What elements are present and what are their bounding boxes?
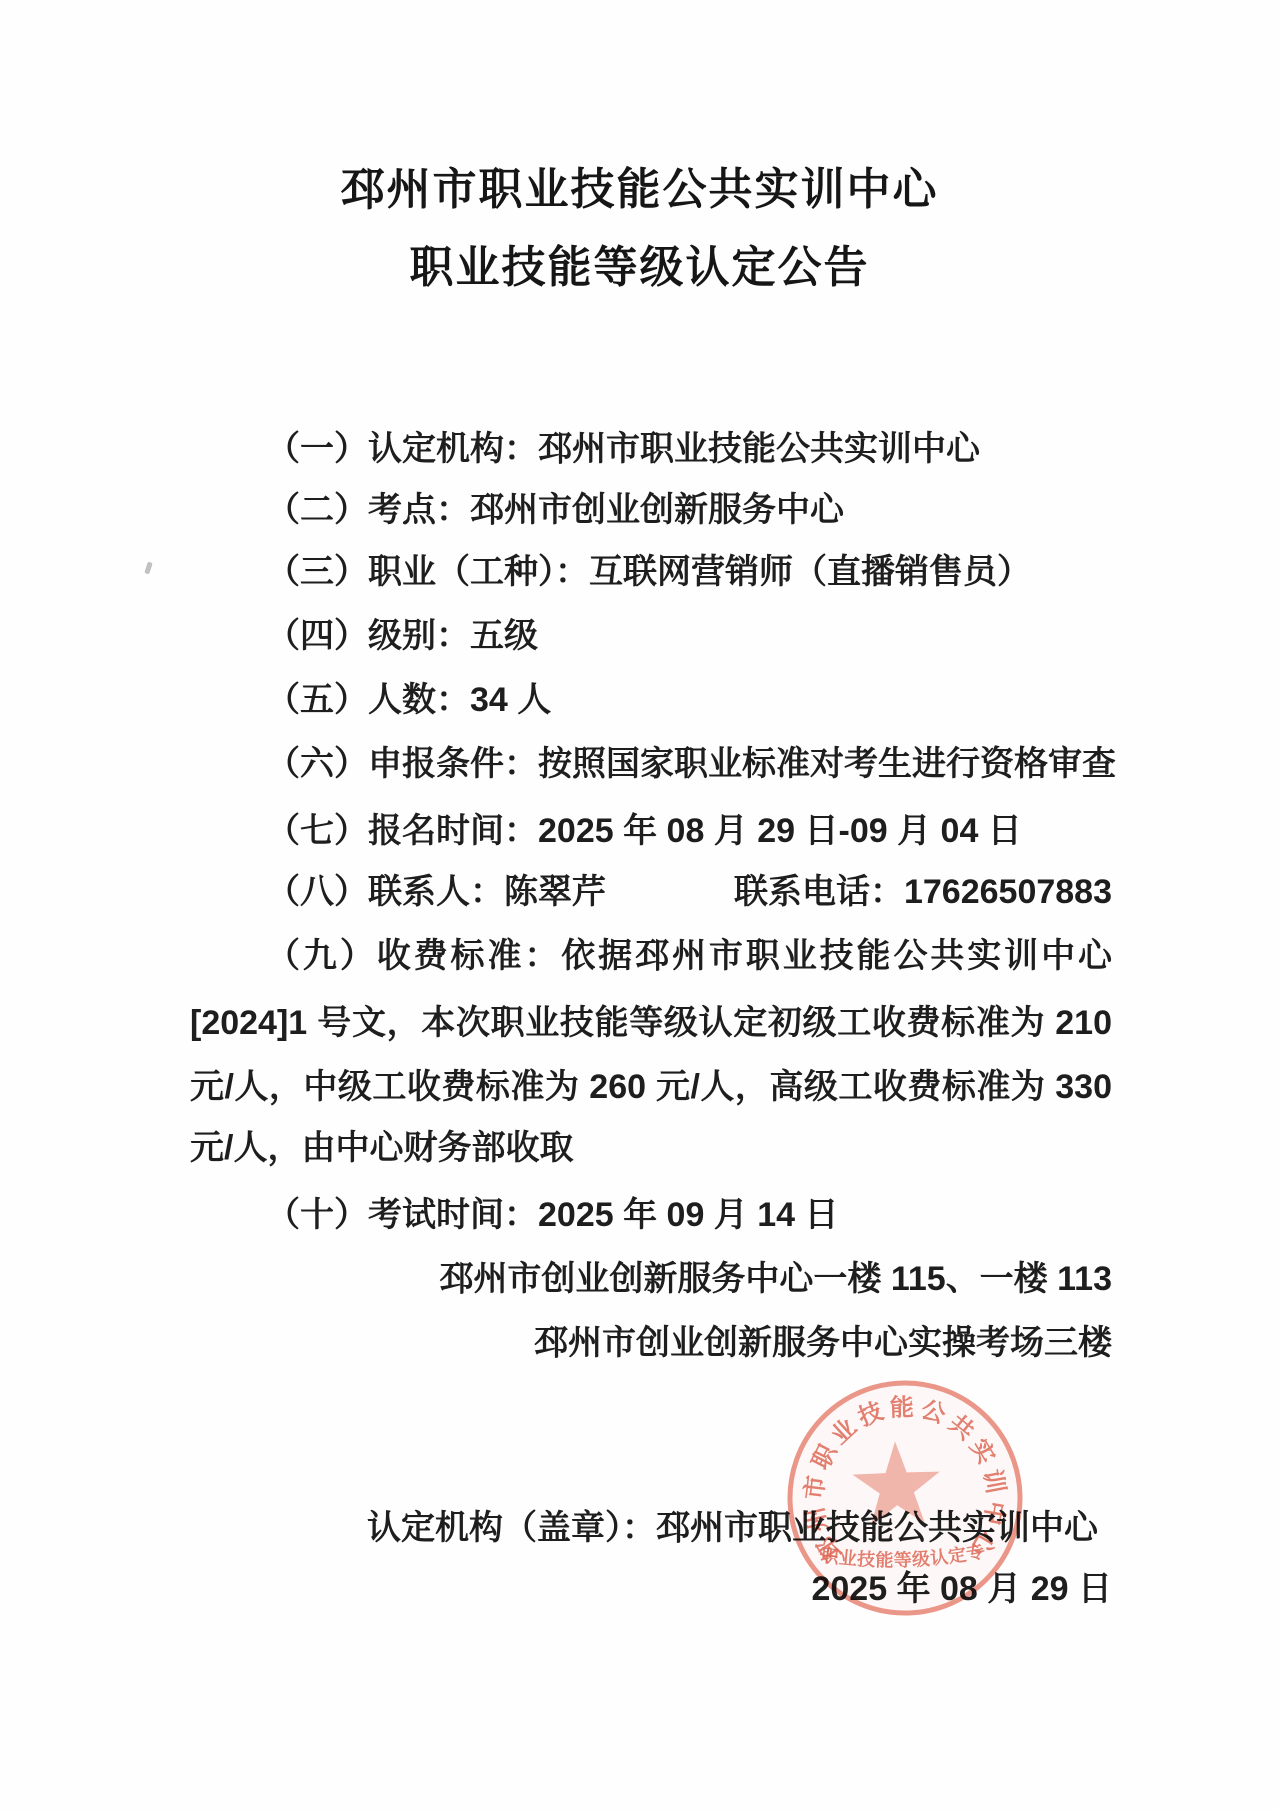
item-5-headcount: （五）人数：34 人 <box>190 669 1112 731</box>
item-7-registration-time: （七）报名时间：2025 年 08 月 29 日-09 月 04 日 <box>190 800 1112 862</box>
contact-phone: 联系电话：17626507883 <box>734 861 1112 923</box>
item-10-exam-time: （十）考试时间：2025 年 09 月 14 日 <box>190 1184 1112 1246</box>
announcement-page: 邳州市职业技能公共实训中心 职业技能等级认定公告 （一）认定机构：邳州市职业技能… <box>0 0 1279 1810</box>
item-6-requirements: （六）申报条件：按照国家职业标准对考生进行资格审查 <box>190 733 1112 795</box>
item-4-level: （四）级别：五级 <box>190 605 1112 667</box>
venue-line-1: 邳州市创业创新服务中心一楼 115、一楼 113 <box>190 1248 1112 1310</box>
fee-line-2: [2024]1 号文，本次职业技能等级认定初级工收费标准为 210 <box>190 992 1112 1054</box>
item-3-occupation: （三）职业（工种）：互联网营销师（直播销售员） <box>190 541 1112 603</box>
seal-ring-char: 能 <box>889 1393 914 1422</box>
fee-line-4: 元/人，由中心财务部收取 <box>190 1117 1112 1179</box>
item-8-contact: （八）联系人：陈翠芹 联系电话：17626507883 <box>266 861 1112 923</box>
official-seal: 职业技能等级认定专用章 邳州市职业技能公共实训中心 <box>776 1368 1037 1629</box>
item-2-exam-site: （二）考点：邳州市创业创新服务中心 <box>190 479 1112 541</box>
item-9-fee-standard: （九）收费标准：依据邳州市职业技能公共实训中心 <box>190 925 1112 987</box>
contact-person: （八）联系人：陈翠芹 <box>266 861 606 923</box>
seal-ring-char: 训 <box>978 1467 1009 1496</box>
seal-ring-char: 市 <box>801 1474 831 1501</box>
fee-line-3: 元/人，中级工收费标准为 260 元/人，高级工收费标准为 330 <box>190 1056 1112 1118</box>
seal-ring-char: 中 <box>978 1499 1009 1527</box>
venue-line-2: 邳州市创业创新服务中心实操考场三楼 <box>190 1312 1112 1374</box>
scan-artifact <box>144 562 152 575</box>
item-1-certifying-body: （一）认定机构：邳州市职业技能公共实训中心 <box>190 418 1112 480</box>
